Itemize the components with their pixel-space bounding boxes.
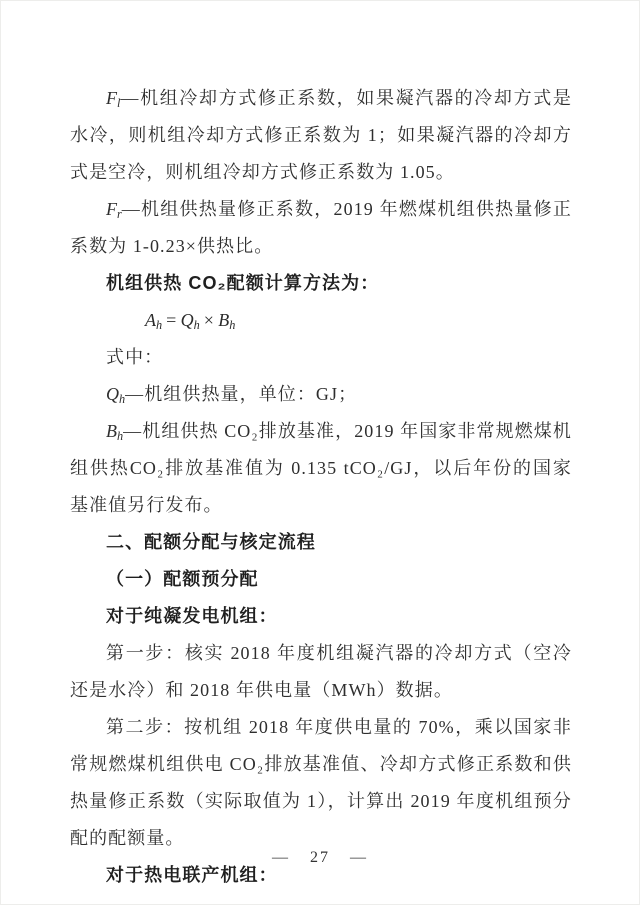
var-Bh: Bh — [106, 421, 123, 441]
var-Bh-formula-subscript: h — [229, 318, 235, 332]
paragraph-heat-supply-correction-text: —机组供热量修正系数，2019 年燃煤机组供热量修正系数为 1-0.23×供热比… — [70, 199, 572, 256]
var-Qh-formula-subscript: h — [194, 318, 200, 332]
paragraph-bh-text: —机组供热 CO₂排放基准，2019 年国家非常规燃煤机组供热CO₂排放基准值为… — [70, 421, 572, 515]
var-Fr-base: F — [106, 199, 117, 219]
var-Fl-base: F — [106, 88, 117, 108]
multiply-operator: × — [200, 310, 219, 330]
paragraph-step-2: 第二步：按机组 2018 年度供电量的 70%，乘以国家非常规燃煤机组供电 CO… — [70, 709, 572, 857]
paragraph-cooling-correction-text: —机组冷却方式修正系数，如果凝汽器的冷却方式是水冷，则机组冷却方式修正系数为 1… — [70, 88, 572, 182]
page-number: — 27 — — [0, 849, 640, 867]
where-label: 式中： — [70, 339, 572, 376]
document-page: Fl—机组冷却方式修正系数，如果凝汽器的冷却方式是水冷，则机组冷却方式修正系数为… — [0, 0, 640, 905]
var-Ah: Ah — [145, 310, 162, 330]
var-Qh: Qh — [106, 384, 125, 404]
var-Qh-formula: Qh — [181, 310, 200, 330]
paragraph-cooling-correction-factor: Fl—机组冷却方式修正系数，如果凝汽器的冷却方式是水冷，则机组冷却方式修正系数为… — [70, 80, 572, 191]
equals-operator: = — [162, 310, 181, 330]
paragraph-qh-definition: Qh—机组供热量，单位：GJ； — [70, 376, 572, 413]
paragraph-step-1: 第一步：核实 2018 年度机组凝汽器的冷却方式（空冷还是水冷）和 2018 年… — [70, 635, 572, 709]
paragraph-heat-supply-correction-factor: Fr—机组供热量修正系数，2019 年燃煤机组供热量修正系数为 1-0.23×供… — [70, 191, 572, 265]
var-Qh-formula-base: Q — [181, 310, 194, 330]
heading-pure-condensing-units: 对于纯凝发电机组： — [70, 598, 572, 635]
paragraph-bh-definition: Bh—机组供热 CO₂排放基准，2019 年国家非常规燃煤机组供热CO₂排放基准… — [70, 413, 572, 524]
var-Bh-formula-base: B — [218, 310, 229, 330]
var-Ah-base: A — [145, 310, 156, 330]
var-Qh-base: Q — [106, 384, 119, 404]
var-Fl: Fl — [106, 88, 120, 108]
var-Fr: Fr — [106, 199, 122, 219]
heading-subsection-1: （一）配额预分配 — [70, 561, 572, 598]
var-Bh-formula: Bh — [218, 310, 235, 330]
heading-section-2: 二、配额分配与核定流程 — [70, 524, 572, 561]
paragraph-qh-text: —机组供热量，单位：GJ； — [125, 384, 357, 404]
formula-heat-quota: Ah=Qh×Bh — [70, 302, 572, 339]
heading-heat-quota-method: 机组供热 CO₂配额计算方法为： — [70, 265, 572, 302]
var-Bh-base: B — [106, 421, 117, 441]
